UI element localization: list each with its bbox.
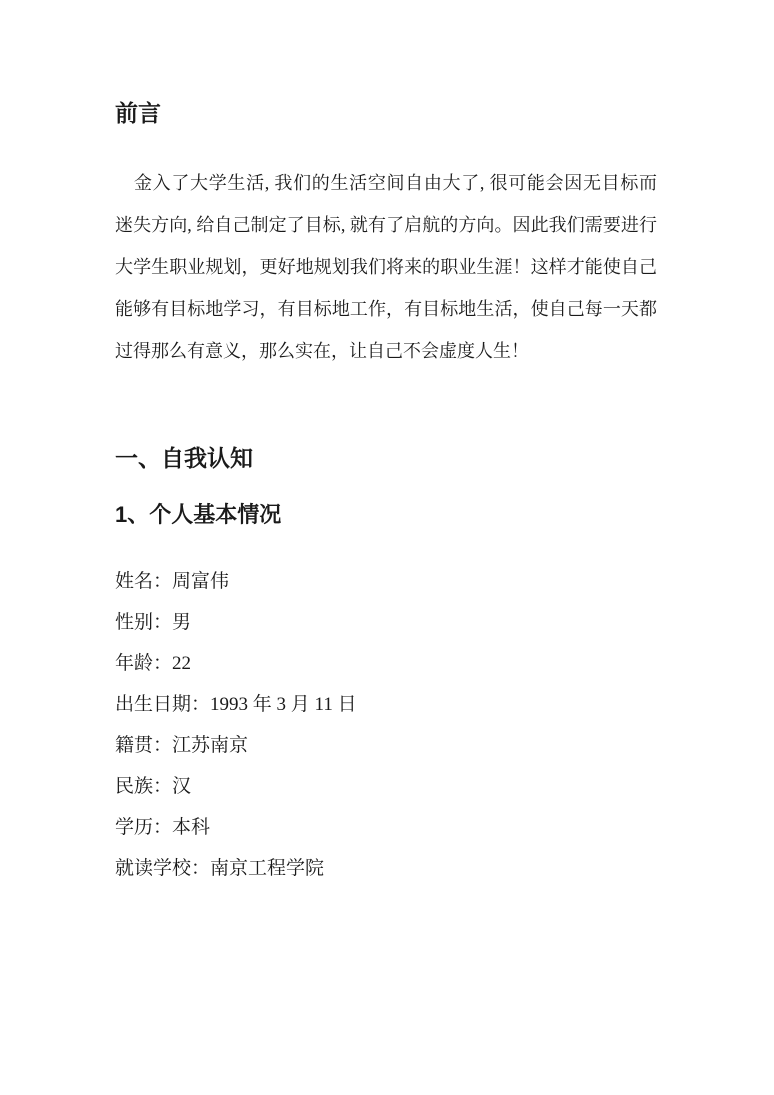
info-row-gender: 性别：男: [115, 602, 657, 643]
info-colon: ：: [153, 776, 172, 797]
info-colon: ：: [191, 694, 210, 715]
info-colon: ：: [153, 817, 172, 838]
info-label: 民族: [115, 776, 153, 797]
info-value: 22: [172, 653, 191, 674]
info-row-birthdate: 出生日期：1993 年 3 月 11 日: [115, 684, 657, 725]
info-label: 学历: [115, 817, 153, 838]
paragraph-line-4: 能够有目标地学习，有目标地工作，有目标地生活，使自己每一天都: [115, 288, 657, 330]
info-value: 本科: [172, 817, 210, 838]
info-label: 出生日期: [115, 694, 191, 715]
info-label: 籍贯: [115, 735, 153, 756]
info-colon: ：: [191, 858, 210, 879]
info-value: 1993 年 3 月 11 日: [210, 694, 357, 715]
section-heading-self-awareness: 一、自我认知: [115, 443, 657, 473]
info-value: 江苏南京: [172, 735, 248, 756]
info-row-name: 姓名：周富伟: [115, 561, 657, 602]
info-value: 南京工程学院: [210, 858, 324, 879]
document-content: 前言 金入了大学生活, 我们的生活空间自由大了, 很可能会因无目标而 迷失方向,…: [0, 100, 774, 889]
info-label: 就读学校: [115, 858, 191, 879]
info-label: 姓名: [115, 571, 153, 592]
info-value: 男: [172, 612, 191, 633]
info-row-native-place: 籍贯：江苏南京: [115, 725, 657, 766]
info-row-school: 就读学校：南京工程学院: [115, 848, 657, 889]
preface-heading: 前言: [115, 100, 657, 128]
info-colon: ：: [153, 612, 172, 633]
basic-info-list: 姓名：周富伟 性别：男 年龄：22 出生日期：1993 年 3 月 11 日 籍…: [115, 561, 657, 889]
info-value: 汉: [172, 776, 191, 797]
info-row-education: 学历：本科: [115, 807, 657, 848]
paragraph-line-1: 金入了大学生活, 我们的生活空间自由大了, 很可能会因无目标而: [115, 162, 657, 204]
info-colon: ：: [153, 735, 172, 756]
info-row-ethnicity: 民族：汉: [115, 766, 657, 807]
info-label: 年龄: [115, 653, 153, 674]
paragraph-line-3: 大学生职业规划，更好地规划我们将来的职业生涯！这样才能使自己: [115, 246, 657, 288]
info-value: 周富伟: [172, 571, 229, 592]
info-row-age: 年龄：22: [115, 643, 657, 684]
paragraph-line-2: 迷失方向, 给自己制定了目标, 就有了启航的方向。因此我们需要进行: [115, 204, 657, 246]
preface-paragraph: 金入了大学生活, 我们的生活空间自由大了, 很可能会因无目标而 迷失方向, 给自…: [115, 162, 657, 372]
info-colon: ：: [153, 653, 172, 674]
info-colon: ：: [153, 571, 172, 592]
document-page: 前言 金入了大学生活, 我们的生活空间自由大了, 很可能会因无目标而 迷失方向,…: [0, 0, 774, 1095]
subsection-heading-basic-info: 1、个人基本情况: [115, 500, 657, 530]
info-label: 性别: [115, 612, 153, 633]
paragraph-line-5: 过得那么有意义，那么实在，让自己不会虚度人生！: [115, 330, 657, 372]
